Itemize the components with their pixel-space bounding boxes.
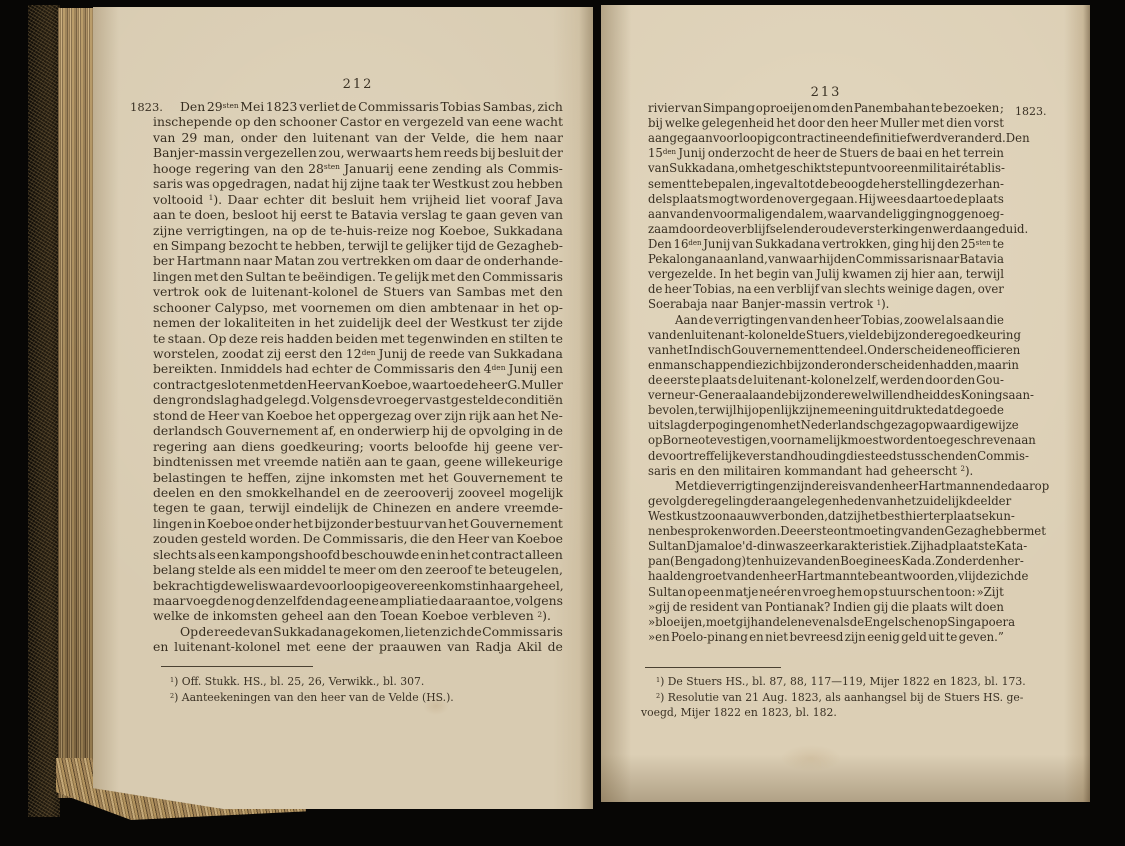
word: zij bbox=[847, 509, 861, 523]
word: ber bbox=[153, 253, 174, 268]
word: den bbox=[955, 449, 977, 463]
text-line: haaldengroetvandenheerHartmanntebeantwoo… bbox=[648, 569, 1004, 584]
word: te bbox=[984, 539, 996, 553]
text-line: opBorneotevestigen,voornamelijkmoestword… bbox=[648, 433, 1004, 448]
word: Calypso, bbox=[215, 300, 269, 315]
word: kommandant bbox=[784, 464, 861, 478]
word: Pekalongan bbox=[648, 252, 717, 266]
word: den bbox=[937, 237, 959, 251]
word: de bbox=[648, 373, 662, 387]
word: de bbox=[850, 615, 864, 629]
word: verliet bbox=[299, 99, 340, 114]
text-line: hoogeregeringvanden28stenJanuarijeenezen… bbox=[153, 161, 563, 176]
word: aan bbox=[327, 608, 350, 623]
word: stelde bbox=[198, 562, 236, 577]
word: voormaligen bbox=[713, 207, 787, 221]
word: om bbox=[413, 253, 432, 268]
word: zich bbox=[537, 99, 562, 114]
word: het bbox=[757, 161, 776, 175]
word: van bbox=[901, 524, 922, 538]
word: op bbox=[933, 615, 948, 629]
word: Tobias, bbox=[861, 313, 903, 327]
word: ontmoeting bbox=[834, 524, 902, 538]
text-line: Sultanopeenmatjeneérenvroeghemopstuursch… bbox=[648, 585, 1004, 600]
word: verneur-Generaal bbox=[648, 388, 753, 402]
word: toon: bbox=[945, 585, 975, 599]
word: van bbox=[648, 328, 669, 342]
word: saris bbox=[153, 176, 183, 191]
left-body-text: Den29stenMei1823verlietdeCommissarisTobi… bbox=[153, 99, 563, 655]
word: de bbox=[363, 284, 378, 299]
right-page-number: 213 bbox=[648, 85, 1004, 100]
word: beantwoorden, bbox=[869, 569, 958, 583]
word: Panembahan bbox=[854, 101, 930, 115]
word: was bbox=[776, 539, 799, 553]
word: Hartmann bbox=[918, 479, 979, 493]
word: ook bbox=[204, 284, 226, 299]
text-line: tegentegaan,terwijleindelijkdeChinezenen… bbox=[153, 500, 563, 515]
word: herstelling bbox=[880, 177, 944, 191]
word: lokaliteiten bbox=[224, 315, 295, 330]
word: van bbox=[681, 101, 702, 115]
word: 29 bbox=[182, 130, 198, 145]
word: in bbox=[299, 315, 311, 330]
word: de bbox=[364, 485, 379, 500]
word: der bbox=[352, 639, 373, 654]
word: haar bbox=[489, 578, 518, 593]
word: zich bbox=[441, 624, 466, 639]
word: bereikten. bbox=[153, 361, 217, 376]
word: Muller bbox=[521, 377, 563, 392]
word: overeenkomst bbox=[389, 578, 477, 593]
superscript: den bbox=[492, 363, 506, 372]
word: geene bbox=[444, 454, 482, 469]
word: 1). bbox=[877, 297, 890, 311]
word: slechts bbox=[844, 282, 885, 296]
word: van bbox=[876, 494, 897, 508]
word: en bbox=[749, 630, 763, 644]
word: zij bbox=[267, 346, 281, 361]
word: en bbox=[420, 547, 435, 562]
word: Singapoera bbox=[947, 615, 1015, 629]
word: op bbox=[235, 114, 250, 129]
word: zou bbox=[317, 253, 339, 268]
text-line: bekrachtigdeweliswaardevoorloopigeoveree… bbox=[153, 578, 563, 593]
word: zijn bbox=[791, 479, 812, 493]
word: vertrok bbox=[830, 297, 874, 311]
word: bijzondere bbox=[884, 328, 946, 342]
word: het bbox=[428, 470, 448, 485]
word: van bbox=[821, 282, 842, 296]
word: de bbox=[548, 639, 563, 654]
word: belang bbox=[153, 562, 196, 577]
word: vastgestelde bbox=[425, 392, 504, 407]
text-line: »enPoelo-pinangennietbevreesdzijneenigge… bbox=[648, 630, 1004, 645]
word: dalem, bbox=[787, 207, 827, 221]
word: gaan, bbox=[406, 454, 441, 469]
word: in bbox=[477, 578, 489, 593]
word: hij bbox=[737, 403, 752, 417]
word: waar bbox=[268, 578, 299, 593]
word: vertrekken bbox=[342, 253, 411, 268]
word: met bbox=[380, 331, 404, 346]
word: de bbox=[410, 346, 425, 361]
word: Den bbox=[180, 99, 205, 114]
word: Sukkadana bbox=[493, 346, 563, 361]
word: met bbox=[194, 269, 218, 284]
word: vanwaar bbox=[768, 252, 819, 266]
word: hij bbox=[281, 207, 297, 222]
word: geheerscht bbox=[891, 464, 957, 478]
word: Junij bbox=[509, 361, 538, 376]
word: weinige bbox=[887, 282, 933, 296]
word: om bbox=[375, 300, 394, 315]
text-line: vanhetIndischGouvernementtendeel.Ondersc… bbox=[648, 343, 1004, 358]
word: land, bbox=[738, 252, 767, 266]
text-line: Den29stenMei1823verlietdeCommissarisTobi… bbox=[153, 99, 563, 114]
word: als bbox=[238, 562, 256, 577]
text-line: vergezelde.InhetbeginvanJulijkwamenzijhi… bbox=[648, 267, 1004, 282]
word: terrein bbox=[963, 146, 1004, 160]
word: Borneo bbox=[663, 433, 706, 447]
word: van bbox=[541, 207, 563, 222]
word: en bbox=[199, 485, 214, 500]
text-line: zoudengesteldworden.DeCommissaris,dieden… bbox=[153, 531, 563, 546]
text-line: 15denJunijonderzochtdeheerdeStuersdebaai… bbox=[648, 146, 1004, 161]
word: van bbox=[429, 284, 451, 299]
word: Pontianak? bbox=[765, 600, 830, 614]
word: door bbox=[925, 373, 952, 387]
word: om bbox=[763, 418, 781, 432]
word: de bbox=[231, 284, 246, 299]
word: voor bbox=[871, 161, 897, 175]
word: over bbox=[978, 282, 1004, 296]
word: Indien bbox=[833, 600, 871, 614]
word: stond bbox=[153, 408, 188, 423]
word: om bbox=[378, 562, 397, 577]
word: te bbox=[992, 237, 1004, 251]
word: Koeboe bbox=[517, 531, 563, 546]
word: Onderscheidene bbox=[867, 343, 964, 357]
word: in bbox=[825, 131, 836, 145]
word: die bbox=[744, 358, 762, 372]
word: hij bbox=[474, 439, 490, 454]
word: waarvan bbox=[827, 207, 878, 221]
word: te bbox=[551, 331, 563, 346]
word: naauw bbox=[722, 509, 761, 523]
word: hij bbox=[432, 423, 448, 438]
word: van bbox=[727, 569, 748, 583]
word: bezoeken bbox=[943, 101, 999, 115]
word: het bbox=[518, 408, 538, 423]
word: gesloten bbox=[206, 377, 259, 392]
text-line: zijneverrigtingen,naopdete-huis-reizenog… bbox=[153, 223, 563, 238]
word: ingeval bbox=[755, 177, 798, 191]
text-line: deeersteplaatsdeluitenant-kolonelzelf,we… bbox=[648, 373, 1004, 388]
word: aan bbox=[648, 207, 669, 221]
word: kwamen bbox=[842, 267, 892, 281]
word: goede bbox=[968, 403, 1004, 417]
word: liet bbox=[465, 192, 485, 207]
word: de bbox=[190, 408, 205, 423]
word: den bbox=[540, 284, 563, 299]
word: de bbox=[360, 392, 375, 407]
word: ter bbox=[412, 176, 430, 191]
superscript: sten bbox=[324, 162, 340, 171]
word: ten bbox=[819, 343, 838, 357]
word: den bbox=[283, 130, 306, 145]
word: vergezellen bbox=[244, 145, 317, 160]
word: ampliatie bbox=[379, 593, 438, 608]
word: Gezaghebber bbox=[944, 524, 1023, 538]
word: Koeboe, bbox=[361, 377, 411, 392]
word: deel bbox=[395, 315, 422, 330]
word: den bbox=[281, 161, 304, 176]
word: inkomsten bbox=[330, 470, 395, 485]
word: Commissaris bbox=[482, 624, 563, 639]
word: beschouwde bbox=[341, 547, 419, 562]
word: aangegaan bbox=[648, 131, 713, 145]
word: slechts bbox=[153, 547, 197, 562]
word: daartoe bbox=[907, 192, 953, 206]
word: 15den bbox=[648, 146, 676, 160]
word: bijzondere bbox=[788, 388, 850, 402]
word: 1823 bbox=[266, 99, 298, 114]
text-line: delsplaatsmogtwordenovergegaan.Hijweesda… bbox=[648, 192, 1004, 207]
word: de bbox=[869, 328, 883, 342]
word: onderwierp bbox=[357, 423, 429, 438]
word: best bbox=[880, 509, 905, 523]
word: Koeboe, bbox=[439, 223, 489, 238]
word: Koeboe bbox=[207, 516, 253, 531]
word: Koeboe bbox=[266, 408, 312, 423]
word: haalden bbox=[648, 569, 695, 583]
word: willekeurige bbox=[485, 454, 563, 469]
word: worden bbox=[883, 433, 928, 447]
word: zouden bbox=[153, 531, 198, 546]
word: na bbox=[273, 223, 288, 238]
text-line: schoonerCalypso,metvoornemenomdienambten… bbox=[153, 300, 563, 315]
word: verstandhouding bbox=[746, 449, 846, 463]
word: vertrokken, bbox=[822, 237, 891, 251]
word: officieren bbox=[964, 343, 1020, 357]
word: het bbox=[776, 116, 795, 130]
word: bevolen, bbox=[648, 403, 698, 417]
word: Konings bbox=[961, 388, 1009, 402]
word: aan bbox=[717, 252, 738, 266]
word: 16den bbox=[674, 237, 702, 251]
word: hier bbox=[911, 267, 935, 281]
word: te bbox=[153, 331, 165, 346]
word: op- bbox=[543, 300, 563, 315]
word: op bbox=[919, 418, 934, 432]
footnote-line: 1) Off. Stukk. HS., bl. 25, 26, Verwikk.… bbox=[155, 675, 565, 691]
word: luitenant-kolonel bbox=[753, 373, 853, 387]
word: stuurschen bbox=[879, 585, 945, 599]
word: hij bbox=[819, 252, 834, 266]
text-line: enluitenant-kolonelmeteenederpraauwenvan… bbox=[153, 639, 563, 654]
word: die bbox=[699, 479, 717, 493]
word: rivier bbox=[648, 101, 680, 115]
word: Commis- bbox=[977, 449, 1029, 463]
word: waartoe bbox=[412, 377, 463, 392]
superscript: 2 bbox=[170, 692, 174, 700]
word: van bbox=[797, 554, 818, 568]
word: zich bbox=[990, 569, 1014, 583]
word: ambtenaar bbox=[430, 300, 498, 315]
word: op bbox=[687, 585, 702, 599]
word: alleen bbox=[525, 547, 563, 562]
word: 25sten bbox=[961, 237, 991, 251]
word: van bbox=[792, 267, 813, 281]
word: van bbox=[648, 161, 669, 175]
word: der bbox=[425, 315, 446, 330]
word: dat bbox=[828, 509, 847, 523]
word: aangelegenheden bbox=[771, 494, 876, 508]
text-line: »gijderesidentvanPontianak?Indiengijdiep… bbox=[648, 600, 1004, 615]
word: établis- bbox=[961, 161, 1005, 175]
word: had bbox=[865, 464, 887, 478]
word: van bbox=[254, 161, 276, 176]
word: die bbox=[410, 531, 429, 546]
footnote-line: 2) Aanteekeningen van den heer van de Ve… bbox=[155, 691, 565, 707]
text-line: maarvoegdenogdenzelfdendageeneampliatied… bbox=[153, 593, 563, 608]
text-line: Pekalonganaanland,vanwaarhijdenCommissar… bbox=[648, 252, 1004, 267]
word: Gouvernement bbox=[453, 470, 546, 485]
word: goedkeuring bbox=[946, 328, 1021, 342]
word: matje bbox=[725, 585, 758, 599]
text-line: verneur-Generaalaandebijzonderewelwillen… bbox=[648, 388, 1004, 403]
word: Sukkadana bbox=[755, 237, 821, 251]
word: het bbox=[450, 547, 470, 562]
word: veranderd. bbox=[941, 131, 1006, 145]
word: dat bbox=[934, 403, 953, 417]
word: geheel, bbox=[518, 578, 564, 593]
word: en bbox=[787, 585, 801, 599]
footnote-rule bbox=[161, 666, 313, 667]
word: Commissaris bbox=[482, 269, 563, 284]
word: Batavia bbox=[351, 207, 398, 222]
word: Den bbox=[648, 237, 672, 251]
word: van bbox=[468, 346, 490, 361]
text-line: slechtsalseenkampongshoofdbeschouwdeenin… bbox=[153, 547, 563, 562]
word: Commissaris bbox=[358, 99, 439, 114]
book-scan: 212 1823. Den29stenMei1823verlietdeCommi… bbox=[0, 0, 1125, 846]
word: hebben bbox=[516, 176, 563, 191]
word: bij bbox=[480, 145, 496, 160]
word: worden. bbox=[249, 531, 300, 546]
text-line: zaamdoordeoverblijfselenderoudeversterki… bbox=[648, 222, 1004, 237]
text-line: enmanschappendiezichbijzonderonderscheid… bbox=[648, 358, 1004, 373]
word: van bbox=[447, 639, 469, 654]
text-line: aanvandenvoormaligendalem,waarvandeliggi… bbox=[648, 207, 1004, 222]
word: rijk bbox=[469, 408, 490, 423]
word: luitenant-kolonel bbox=[252, 284, 358, 299]
word: der bbox=[688, 418, 708, 432]
word: de bbox=[353, 500, 368, 515]
word: Heer bbox=[208, 408, 239, 423]
word: geheel bbox=[281, 608, 323, 623]
word: Radja bbox=[475, 639, 511, 654]
word: onder bbox=[255, 516, 292, 531]
word: te bbox=[335, 207, 347, 222]
word: bindtenissen bbox=[153, 454, 233, 469]
word: tijd bbox=[456, 238, 477, 253]
word: moet bbox=[706, 615, 736, 629]
word: niet bbox=[765, 630, 788, 644]
word: eene bbox=[492, 114, 522, 129]
word: met bbox=[286, 639, 310, 654]
word: tegen bbox=[153, 500, 189, 515]
word: zijde bbox=[533, 315, 563, 330]
word: werd bbox=[911, 131, 941, 145]
word: van bbox=[848, 479, 869, 493]
word: resident bbox=[690, 600, 739, 614]
word: genoeg- bbox=[957, 207, 1004, 221]
word: In bbox=[719, 267, 731, 281]
word: Matan bbox=[274, 253, 314, 268]
word: te bbox=[231, 470, 243, 485]
word: Westkust bbox=[450, 315, 507, 330]
word: Banjer-massin bbox=[153, 145, 243, 160]
text-line: belastingenteheffen,zijneinkomstenmethet… bbox=[153, 470, 563, 485]
word: Gouvernement bbox=[225, 423, 318, 438]
right-body-text: riviervanSimpangoproeijenomdenPanembahan… bbox=[648, 101, 1004, 645]
word: de bbox=[791, 328, 805, 342]
word: hier bbox=[905, 509, 929, 523]
word: gevolgde bbox=[648, 494, 702, 508]
word: Den bbox=[1006, 131, 1030, 145]
text-line: lingenmetdenSultantebeëindigen.Tegelijkm… bbox=[153, 269, 563, 284]
word: daarop bbox=[1008, 479, 1050, 493]
word: derlandsch bbox=[153, 423, 223, 438]
word: den bbox=[457, 269, 480, 284]
word: gaan bbox=[466, 207, 497, 222]
word: om bbox=[738, 161, 756, 175]
text-line: regeringaandiensgoedkeuring;voortsbeloof… bbox=[153, 439, 563, 454]
word: verrigtingen bbox=[714, 313, 788, 327]
word: met bbox=[273, 300, 297, 315]
text-line: bijwelkegelegenheidhetdoordenheerMullerm… bbox=[648, 116, 1004, 131]
word: steeds bbox=[864, 449, 902, 463]
footnote-rule bbox=[645, 667, 781, 668]
word: plaats bbox=[968, 192, 1004, 206]
word: Java bbox=[536, 192, 563, 207]
word: manschappen bbox=[662, 358, 744, 372]
left-page-number: 212 bbox=[153, 77, 563, 92]
text-line: deelenendensmokkelhandelendezeerooverijz… bbox=[153, 485, 563, 500]
word: dien bbox=[946, 116, 972, 130]
text-line: »bloeijen,moetgijhandelenevenalsdeEngels… bbox=[648, 615, 1004, 630]
word: in bbox=[194, 516, 206, 531]
word: Banjer-massin bbox=[742, 297, 826, 311]
word: zending bbox=[432, 161, 482, 176]
word: meer bbox=[343, 562, 375, 577]
word: maar bbox=[977, 358, 1008, 372]
word: man, bbox=[203, 130, 234, 145]
word: tusschen bbox=[902, 449, 955, 463]
word: aan bbox=[1014, 433, 1035, 447]
word: de bbox=[463, 377, 478, 392]
word: Te bbox=[378, 269, 393, 284]
word: wees bbox=[876, 192, 906, 206]
word: Op bbox=[208, 331, 226, 346]
word: beoogde bbox=[830, 177, 880, 191]
word: zijne bbox=[153, 223, 183, 238]
word: heer bbox=[770, 569, 797, 583]
word: die bbox=[846, 449, 864, 463]
text-line: Westkustzoonaauwverbonden,datzijhetbesth… bbox=[648, 509, 1004, 524]
